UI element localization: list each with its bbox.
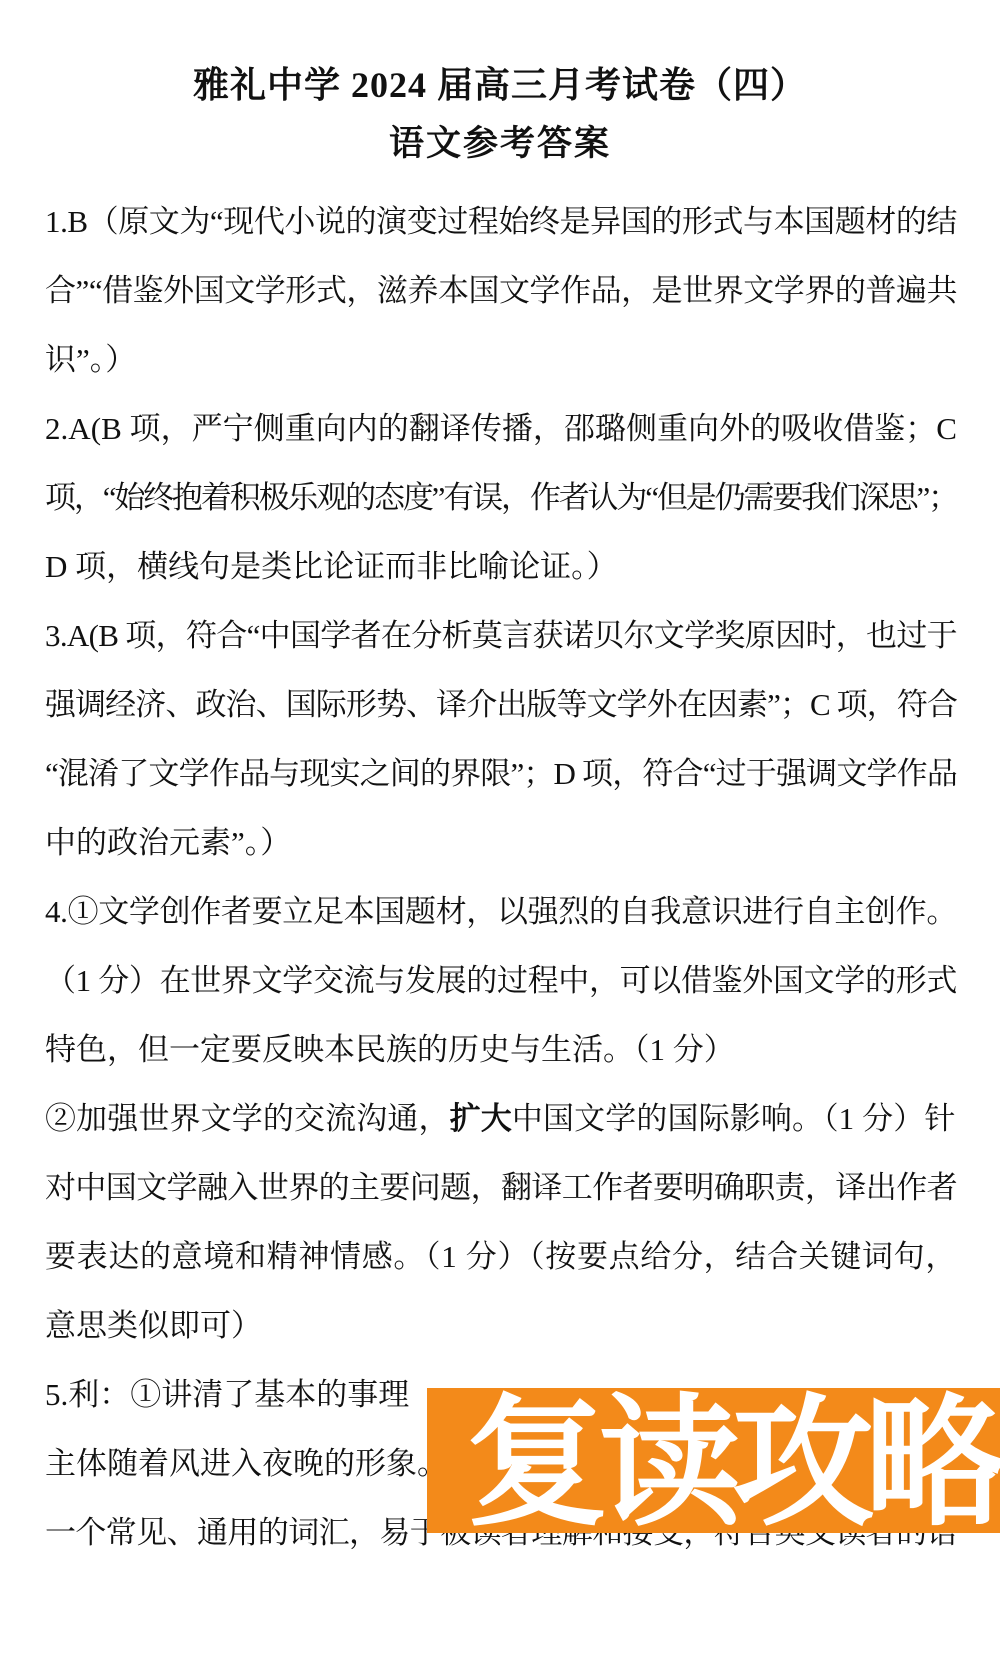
- text-line: D 项，横线句是类比论证而非比喻论证。）: [45, 532, 957, 601]
- text-line: 3.A(B 项，符合“中国学者在分析莫言获诺贝尔文学奖原因时，也过于: [45, 601, 957, 670]
- watermark-text: 复读攻略: [466, 1388, 1000, 1533]
- text-line: 要表达的意境和精神情感。（1 分）（按要点给分，结合关键词句，: [45, 1222, 957, 1291]
- page-subtitle: 语文参考答案: [0, 123, 1000, 165]
- text-line: ②加强世界文学的交流沟通，扩大中国文学的国际影响。（1 分）针: [45, 1084, 957, 1153]
- text-line: （1 分）在世界文学交流与发展的过程中，可以借鉴外国文学的形式: [45, 946, 957, 1015]
- text-line: 识”。）: [45, 325, 957, 394]
- text-line: 强调经济、政治、国际形势、译介出版等文学外在因素”；C 项，符合: [45, 670, 957, 739]
- text-line: 4.①文学创作者要立足本国题材，以强烈的自我意识进行自主创作。: [45, 877, 957, 946]
- watermark-overlay: 复读攻略: [427, 1388, 1000, 1533]
- text-line: “混淆了文学作品与现实之间的界限”；D 项，符合“过于强调文学作品: [45, 739, 957, 808]
- text-line: 意思类似即可）: [45, 1291, 957, 1360]
- exam-answer-document: 雅礼中学 2024 届高三月考试卷（四） 语文参考答案 1.B（原文为“现代小说…: [0, 0, 1000, 1664]
- text-line: 对中国文学融入世界的主要问题，翻译工作者要明确职责，译出作者: [45, 1153, 957, 1222]
- text-line: 中的政治元素”。）: [45, 808, 957, 877]
- page-title: 雅礼中学 2024 届高三月考试卷（四）: [0, 63, 1000, 107]
- text-line: 合”“借鉴外国文学形式，滋养本国文学作品，是世界文学界的普遍共: [45, 256, 957, 325]
- text-line: 项，“始终抱着积极乐观的态度”有误，作者认为“但是仍需要我们深思”；: [45, 463, 957, 532]
- text-line: 特色，但一定要反映本民族的历史与生活。（1 分）: [45, 1015, 957, 1084]
- text-segment: ②加强世界文学的交流沟通，: [45, 1101, 450, 1136]
- text-line: 2.A(B 项，严宁侧重向内的翻译传播，邵璐侧重向外的吸收借鉴；C: [45, 394, 957, 463]
- text-segment-bold: 扩大: [450, 1101, 512, 1136]
- text-line: 1.B（原文为“现代小说的演变过程始终是异国的形式与本国题材的结: [45, 187, 957, 256]
- answers-body: 1.B（原文为“现代小说的演变过程始终是异国的形式与本国题材的结 合”“借鉴外国…: [45, 187, 957, 1567]
- text-segment: 中国文学的国际影响。（1 分）针: [512, 1101, 956, 1136]
